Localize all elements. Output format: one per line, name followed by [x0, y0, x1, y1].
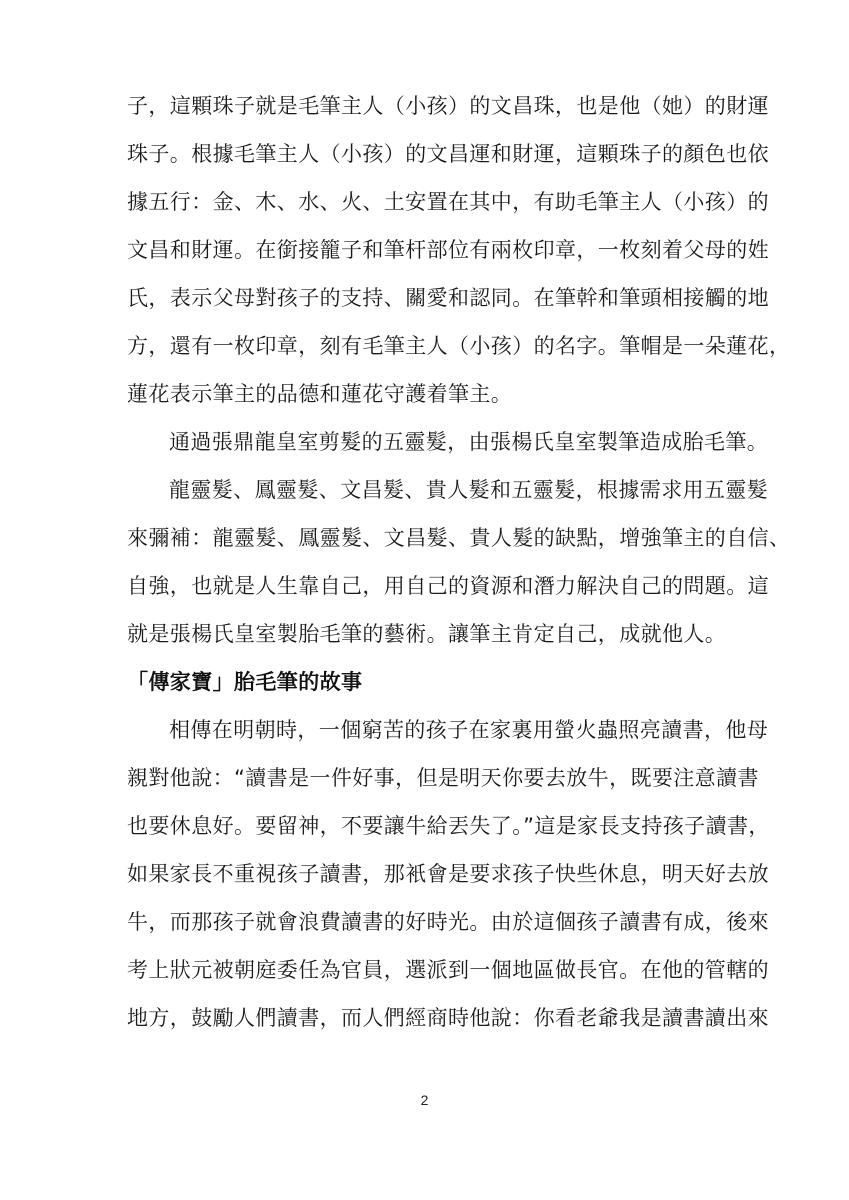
paragraph-4-line-4: 如果家長不重視孩子讀書，那衹會是要求孩子快些休息，明天好去放 — [127, 856, 723, 892]
section-heading: 「傳家寶」胎毛筆的故事 — [127, 664, 723, 700]
paragraph-1-line-7: 蓮花表示筆主的品德和蓮花守護着筆主。 — [127, 376, 723, 412]
paragraph-1-line-5: 氏，表示父母對孩子的支持、關愛和認同。在筆幹和筆頭相接觸的地 — [127, 280, 723, 316]
paragraph-2-line-1: 通過張鼎龍皇室剪髮的五靈髮，由張楊氏皇室製筆造成胎毛筆。 — [169, 424, 723, 460]
paragraph-4-line-7: 地方，鼓勵人們讀書，而人們經商時他說：你看老爺我是讀書讀出來 — [127, 1000, 723, 1036]
document-page: 子，這顆珠子就是毛筆主人（小孩）的文昌珠，也是他（她）的財運 珠子。根據毛筆主人… — [0, 0, 849, 1200]
paragraph-3-line-1: 龍靈髮、鳳靈髮、文昌髮、貴人髮和五靈髮，根據需求用五靈髮 — [169, 472, 723, 508]
paragraph-1-line-4: 文昌和財運。在銜接籠子和筆杆部位有兩枚印章，一枚刻着父母的姓 — [127, 232, 723, 268]
paragraph-4-line-5: 牛，而那孩子就會浪費讀書的好時光。由於這個孩子讀書有成，後來 — [127, 904, 723, 940]
paragraph-3-line-4: 就是張楊氏皇室製胎毛筆的藝術。讓筆主肯定自己，成就他人。 — [127, 616, 723, 652]
page-number: 2 — [0, 1092, 849, 1108]
paragraph-4-line-2: 親對他說：“讀書是一件好事，但是明天你要去放牛，既要注意讀書 — [127, 760, 723, 796]
paragraph-4-line-1: 相傳在明朝時，一個窮苦的孩子在家裏用螢火蟲照亮讀書，他母 — [169, 712, 723, 748]
paragraph-1-line-6: 方，還有一枚印章，刻有毛筆主人（小孩）的名字。筆帽是一朵蓮花， — [127, 328, 723, 364]
paragraph-1-line-1: 子，這顆珠子就是毛筆主人（小孩）的文昌珠，也是他（她）的財運 — [127, 88, 723, 124]
paragraph-3-line-3: 自強，也就是人生靠自己，用自己的資源和潛力解決自己的問題。這 — [127, 568, 723, 604]
paragraph-4-line-3: 也要休息好。要留神，不要讓牛給丟失了。”這是家長支持孩子讀書， — [127, 808, 723, 844]
paragraph-3-line-2: 來彌補：龍靈髮、鳳靈髮、文昌髮、貴人髮的缺點，增強筆主的自信、 — [127, 520, 723, 556]
paragraph-1-line-3: 據五行：金、木、水、火、土安置在其中，有助毛筆主人（小孩）的 — [127, 184, 723, 220]
paragraph-1-line-2: 珠子。根據毛筆主人（小孩）的文昌運和財運，這顆珠子的顏色也依 — [127, 136, 723, 172]
paragraph-4-line-6: 考上狀元被朝庭委任為官員，選派到一個地區做長官。在他的管轄的 — [127, 952, 723, 988]
